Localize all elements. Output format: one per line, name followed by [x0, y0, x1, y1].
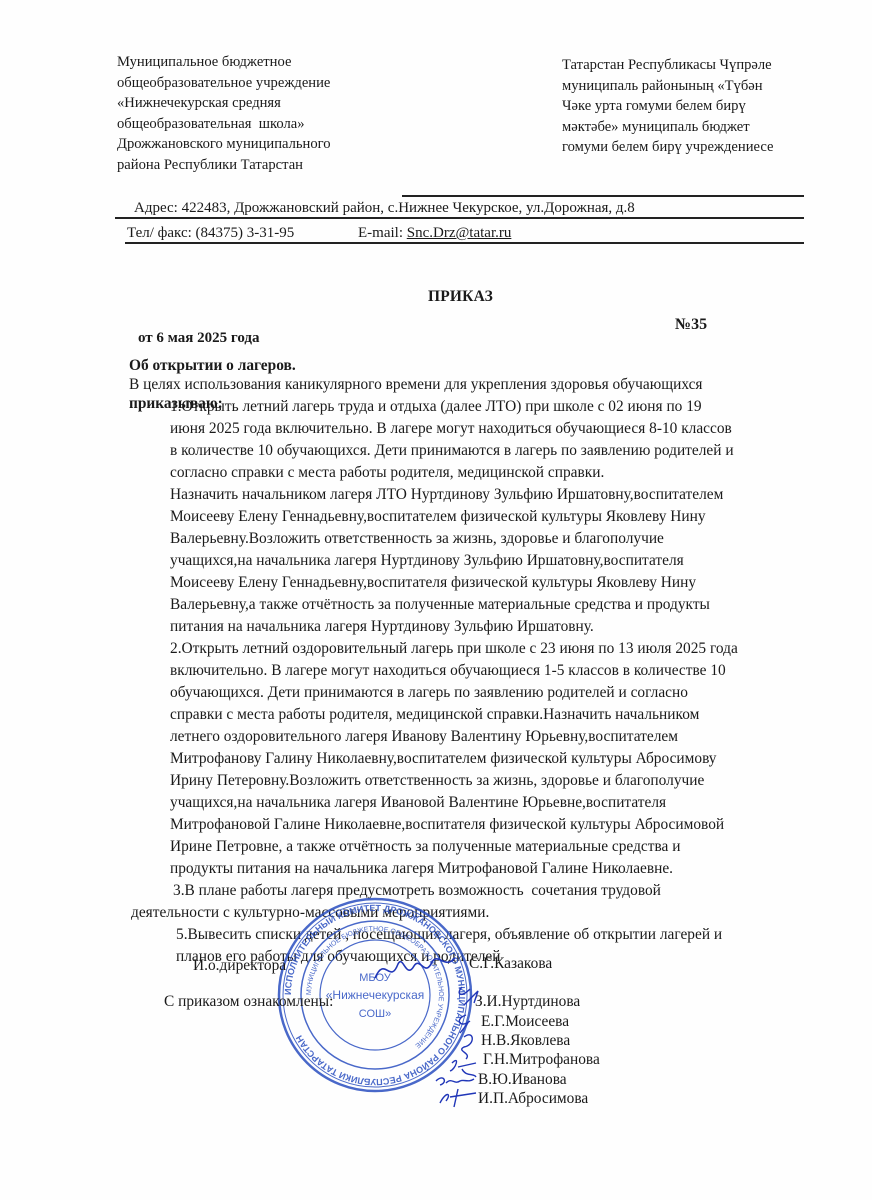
acknowledged-name: И.П.Абросимова [478, 1090, 588, 1108]
acknowledged-name: З.И.Нуртдинова [475, 993, 580, 1011]
order-date: от 6 мая 2025 года [138, 330, 260, 347]
header-left-line: Муниципальное бюджетное [117, 52, 331, 73]
body-line: обучающихся. Дети принимаются в лагерь п… [170, 684, 688, 702]
body-line: Ирину Петеровну.Возложить ответственност… [170, 772, 704, 790]
body-line: питания на начальника лагеря Нуртдинову … [170, 618, 594, 636]
divider-line [115, 217, 804, 219]
body-line: Митрофановой Галине Николаевне,воспитате… [170, 816, 724, 834]
header-right-line: гомуми белем бирү учреждениесе [562, 137, 774, 158]
divider-line [125, 242, 804, 244]
body-line: учащихся,на начальника лагеря Нуртдинову… [170, 552, 684, 570]
acknowledged-name: Г.Н.Митрофанова [483, 1051, 600, 1069]
acknowledged-label: С приказом ознакомлены: [164, 993, 333, 1011]
order-preamble: В целях использования каникулярного врем… [129, 376, 703, 394]
header-left-line: общеобразовательная школа» [117, 114, 331, 135]
body-line: Валерьевну.Возложить ответственность за … [170, 530, 664, 548]
body-line: Ирине Петровне, а также отчётность за по… [170, 838, 680, 856]
body-line: летнего оздоровительного лагеря Иванову … [170, 728, 678, 746]
body-line: в количестве 10 обучающихся. Дети приним… [170, 442, 734, 460]
phone-fax: Тел/ факс: (84375) 3-31-95 [127, 225, 294, 242]
body-line: продукты питания на начальника лагеря Ми… [170, 860, 673, 878]
director-name: С.Г.Казакова [469, 955, 552, 973]
svg-text:СОШ»: СОШ» [359, 1008, 391, 1020]
body-line: 2.Открыть летний оздоровительный лагерь … [170, 640, 738, 658]
body-line: Моисееву Елену Геннадьевну,воспитателем … [170, 508, 706, 526]
handwritten-signatures-icon [430, 985, 490, 1110]
body-line: июня 2025 года включительно. В лагере мо… [170, 420, 732, 438]
body-line: 1.Открыть летний лагерь труда и отдыха (… [170, 398, 702, 416]
order-subject: Об открытии о лагеров. [129, 357, 296, 375]
header-right-line: муниципаль районының «Түбән [562, 76, 774, 97]
email-label: E-mail: [358, 225, 407, 241]
divider-line [402, 195, 804, 197]
body-line: согласно справки с места работы родителя… [170, 464, 604, 482]
header-right-line: Чәке урта гомуми белем бирү [562, 96, 774, 117]
email-link[interactable]: Snc.Drz@tatar.ru [407, 225, 512, 241]
header-left-line: Дрожжановского муниципального [117, 134, 331, 155]
header-left-line: «Нижнечекурская средняя [117, 93, 331, 114]
acknowledged-name: Н.В.Яковлева [481, 1032, 570, 1050]
institution-name-tatar: Татарстан Республикасы Чүпрәле муниципал… [562, 55, 774, 158]
acknowledged-name: Е.Г.Моисеева [481, 1013, 569, 1031]
body-line: Валерьевну,а также отчётность за получен… [170, 596, 710, 614]
header-left-line: района Республики Татарстан [117, 155, 331, 176]
body-line: Назначить начальником лагеря ЛТО Нуртдин… [170, 486, 723, 504]
body-line: справки с места работы родителя, медицин… [170, 706, 699, 724]
body-line: Моисееву Елену Геннадьевну,воспитателя ф… [170, 574, 696, 592]
order-number: №35 [675, 316, 707, 334]
address: Адрес: 422483, Дрожжановский район, с.Ни… [134, 200, 635, 217]
scanned-document-page: Муниципальное бюджетное общеобразователь… [0, 0, 872, 1200]
institution-name-russian: Муниципальное бюджетное общеобразователь… [117, 52, 331, 175]
director-title: И.о.директора [193, 957, 286, 975]
acknowledged-name: В.Ю.Иванова [478, 1071, 567, 1089]
header-right-line: мәктәбе» муниципаль бюджет [562, 117, 774, 138]
svg-text:«Нижнечекурская: «Нижнечекурская [326, 988, 425, 1002]
header-left-line: общеобразовательное учреждение [117, 73, 331, 94]
body-line: включительно. В лагере могут находиться … [170, 662, 726, 680]
document-title: ПРИКАЗ [428, 288, 493, 306]
email-line: E-mail: Snc.Drz@tatar.ru [358, 225, 511, 242]
body-line: учащихся,на начальника лагеря Ивановой В… [170, 794, 666, 812]
body-line: Митрофанову Галину Николаевну,воспитател… [170, 750, 717, 768]
director-signature-icon [370, 950, 460, 990]
header-right-line: Татарстан Республикасы Чүпрәле [562, 55, 774, 76]
